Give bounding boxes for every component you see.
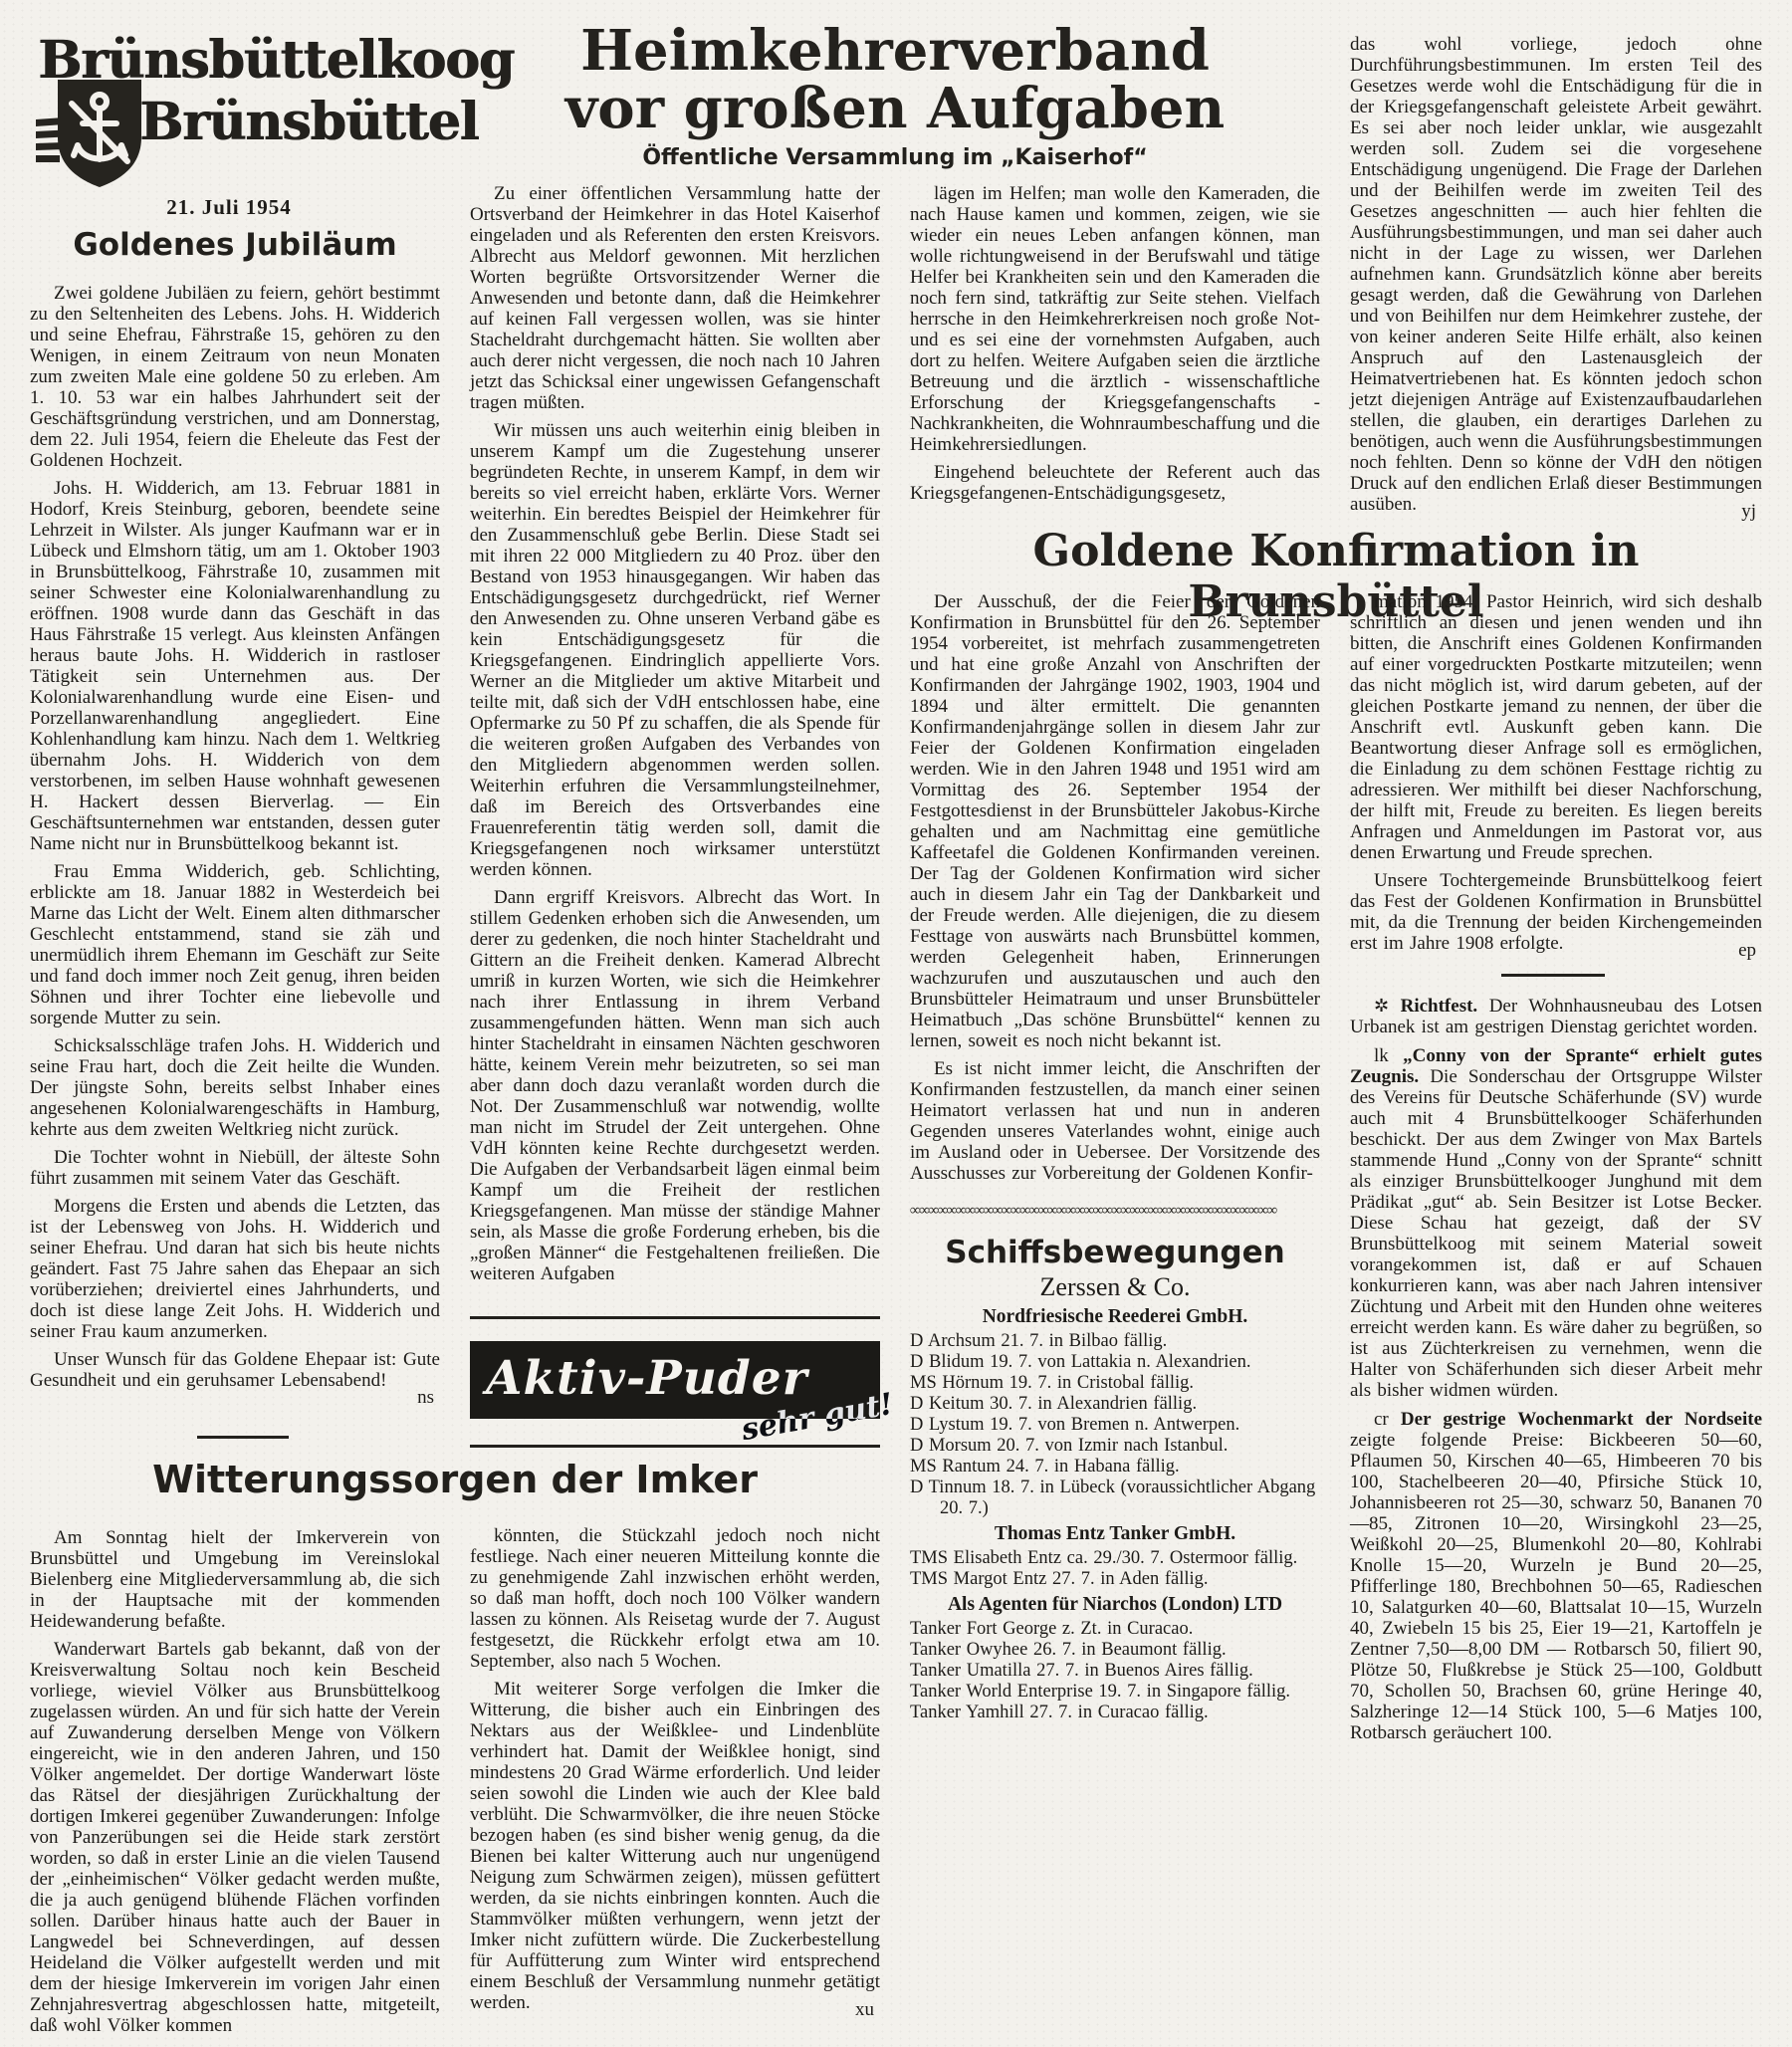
divider-rule: [470, 1445, 880, 1448]
divider-rule: [1501, 974, 1605, 977]
paragraph: Es ist nicht immer leicht, die Anschrift…: [910, 1058, 1320, 1184]
fleet3-title: Als Agenten für Niarchos (London) LTD: [910, 1594, 1320, 1616]
ad-box: Aktiv-Puder sehr gut!: [470, 1341, 880, 1419]
fleet2-list: TMS Elisabeth Entz ca. 29./30. 7. Osterm…: [910, 1548, 1320, 1590]
issue-date: 21. Juli 1954: [30, 195, 428, 220]
paragraph: Wir müssen uns auch weiterhin einig blei…: [470, 420, 880, 880]
anchor-shield-icon: [36, 76, 147, 193]
paragraph: TMS Margot Entz 27. 7. in Aden fällig.: [910, 1569, 1320, 1590]
article-heimkehrer-headline: Heimkehrerverband vor großen Aufgaben: [470, 22, 1320, 137]
masthead-title-line2: Brünsbüttel: [139, 92, 428, 152]
paragraph: Der Ausschuß, der die Feier der Goldenen…: [910, 591, 1320, 1051]
paragraph: Zwei goldene Jubiläen zu feiern, gehört …: [30, 283, 440, 471]
paragraph: D Tinnum 18. 7. in Lübeck (voraussichtli…: [910, 1478, 1320, 1519]
paragraph: D Lystum 19. 7. von Bremen n. Antwerpen.: [910, 1415, 1320, 1436]
paragraph: das wohl vorliege, jedoch ohne Durchführ…: [1350, 34, 1762, 515]
paragraph: MS Hörnum 19. 7. in Cristobal fällig.: [910, 1373, 1320, 1394]
paragraph: Tanker Owyhee 26. 7. in Beaumont fällig.: [910, 1640, 1320, 1661]
fleet1-title: Nordfriesische Reederei GmbH.: [910, 1306, 1320, 1328]
ship-movements: ∞∞∞∞∞∞∞∞∞∞∞∞∞∞∞∞∞∞∞∞∞∞∞∞∞∞∞∞∞∞∞∞∞∞∞∞∞∞∞∞…: [910, 1203, 1320, 1723]
paragraph: Morgens die Ersten und abends die Letzte…: [30, 1196, 440, 1342]
paragraph: TMS Elisabeth Entz ca. 29./30. 7. Osterm…: [910, 1548, 1320, 1569]
article-konfirmation-column2: mation 1954, Pastor Heinrich, wird sich …: [1350, 591, 1762, 961]
article-imker-column2: könnten, die Stückzahl jedoch noch nicht…: [470, 1525, 880, 2020]
fleet2-title: Thomas Entz Tanker GmbH.: [910, 1523, 1320, 1545]
paragraph: Tanker Umatilla 27. 7. in Buenos Aires f…: [910, 1661, 1320, 1682]
konfirmation-paragraphs: mation 1954, Pastor Heinrich, wird sich …: [1350, 591, 1762, 954]
paragraph: D Archsum 21. 7. in Bilbao fällig.: [910, 1331, 1320, 1352]
paragraph: Die Tochter wohnt in Niebüll, der ältest…: [30, 1147, 440, 1189]
article-heimkehrer-subhead: Öffentliche Versammlung im „Kaiserhof“: [470, 145, 1320, 170]
paragraph: D Morsum 20. 7. von Izmir nach Istanbul.: [910, 1436, 1320, 1457]
brief-wochenmarkt-lead: cr: [1374, 1409, 1389, 1430]
brief-conny: lk „Conny von der Sprante“ erhielt gutes…: [1350, 1045, 1762, 1401]
article-imker-headline: Witterungssorgen der Imker: [30, 1458, 880, 1501]
paragraph: Unser Wunsch für das Goldene Ehepaar ist…: [30, 1349, 440, 1391]
paragraph: Johs. H. Widderich, am 13. Februar 1881 …: [30, 478, 440, 854]
paragraph: Am Sonntag hielt der Imkerverein von Bru…: [30, 1527, 440, 1632]
rope-divider: ∞∞∞∞∞∞∞∞∞∞∞∞∞∞∞∞∞∞∞∞∞∞∞∞∞∞∞∞∞∞∞∞∞∞∞∞∞∞∞∞: [910, 1203, 1320, 1219]
paragraph: Tanker World Enterprise 19. 7. in Singap…: [910, 1682, 1320, 1703]
paragraph: D Blidum 19. 7. von Lattakia n. Alexandr…: [910, 1352, 1320, 1373]
paragraph: D Keitum 30. 7. in Alexandrien fällig.: [910, 1394, 1320, 1415]
paragraph: mation 1954, Pastor Heinrich, wird sich …: [1350, 591, 1762, 863]
paragraph: Tanker Fort George z. Zt. in Curacao.: [910, 1619, 1320, 1640]
paragraph: lägen im Helfen; man wolle den Kameraden…: [910, 183, 1320, 455]
brief-conny-lead: lk: [1374, 1045, 1389, 1066]
article-jubilaeum-signature: ns: [30, 1387, 440, 1408]
brief-wochenmarkt: cr Der gestrige Wochenmarkt der Nordseit…: [1350, 1409, 1762, 1743]
divider-rule: [470, 1316, 880, 1319]
paragraph: Mit weiterer Sorge verfolgen die Imker d…: [470, 1679, 880, 2013]
article-jubilaeum-headline: Goldenes Jubiläum: [30, 227, 440, 263]
article-heimkehrer-column1: Zu einer öffentlichen Versammlung hatte …: [470, 183, 880, 1291]
paragraph: Frau Emma Widderich, geb. Schlichting, e…: [30, 861, 440, 1028]
ship-movements-subhead: Zerssen & Co.: [910, 1272, 1320, 1302]
paragraph: Tanker Yamhill 27. 7. in Curacao fällig.: [910, 1703, 1320, 1723]
article-heimkehrer-continuation: das wohl vorliege, jedoch ohne Durchführ…: [1350, 34, 1762, 522]
fleet1-list: D Archsum 21. 7. in Bilbao fällig.D Blid…: [910, 1331, 1320, 1519]
article-heimkehrer-column2: lägen im Helfen; man wolle den Kameraden…: [910, 183, 1320, 511]
paragraph: Zu einer öffentlichen Versammlung hatte …: [470, 183, 880, 413]
imker-paragraphs: könnten, die Stückzahl jedoch noch nicht…: [470, 1525, 880, 2013]
article-imker-signature: xu: [470, 1999, 880, 2020]
headline-line1: Heimkehrerverband: [470, 22, 1320, 80]
paragraph: Eingehend beleuchtete der Referent auch …: [910, 462, 1320, 504]
article-jubilaeum-text: Zwei goldene Jubiläen zu feiern, gehört …: [30, 283, 440, 1398]
fleet3-list: Tanker Fort George z. Zt. in Curacao.Tan…: [910, 1619, 1320, 1723]
headline-line2: vor großen Aufgaben: [470, 80, 1320, 137]
aktiv-puder-ad: Aktiv-Puder sehr gut!: [470, 1316, 880, 1448]
brief-richtfest-title: Richtfest.: [1401, 996, 1478, 1017]
brief-wochenmarkt-title: Der gestrige Wochenmarkt der Nordseite: [1401, 1409, 1762, 1430]
article-imker-column1: Am Sonntag hielt der Imkerverein von Bru…: [30, 1527, 440, 2043]
paragraph: Wanderwart Bartels gab bekannt, daß von …: [30, 1639, 440, 2036]
brief-conny-text: Die Sonderschau der Ortsgruppe Wilster d…: [1350, 1066, 1762, 1401]
paragraph: Dann ergriff Kreisvors. Albrecht das Wor…: [470, 887, 880, 1284]
paragraph: könnten, die Stückzahl jedoch noch nicht…: [470, 1525, 880, 1672]
star-icon: ✲: [1374, 996, 1389, 1016]
ship-movements-headline: Schiffsbewegungen: [910, 1235, 1320, 1270]
divider-rule: [197, 1436, 289, 1439]
paragraph: Schicksalsschläge trafen Johs. H. Widder…: [30, 1035, 440, 1140]
article-konfirmation-column1: Der Ausschuß, der die Feier der Goldenen…: [910, 591, 1320, 1191]
local-briefs: ✲ Richtfest. Der Wohnhausneubau des Lots…: [1350, 996, 1762, 1751]
newspaper-page: Brünsbüttelkoog Brünsbüttel 21. Juli 195…: [0, 0, 1792, 2047]
paragraph: MS Rantum 24. 7. in Habana fällig.: [910, 1457, 1320, 1478]
brief-richtfest: ✲ Richtfest. Der Wohnhausneubau des Lots…: [1350, 996, 1762, 1037]
brief-wochenmarkt-text: zeigte folgende Preise: Bickbeeren 50—60…: [1350, 1430, 1762, 1743]
